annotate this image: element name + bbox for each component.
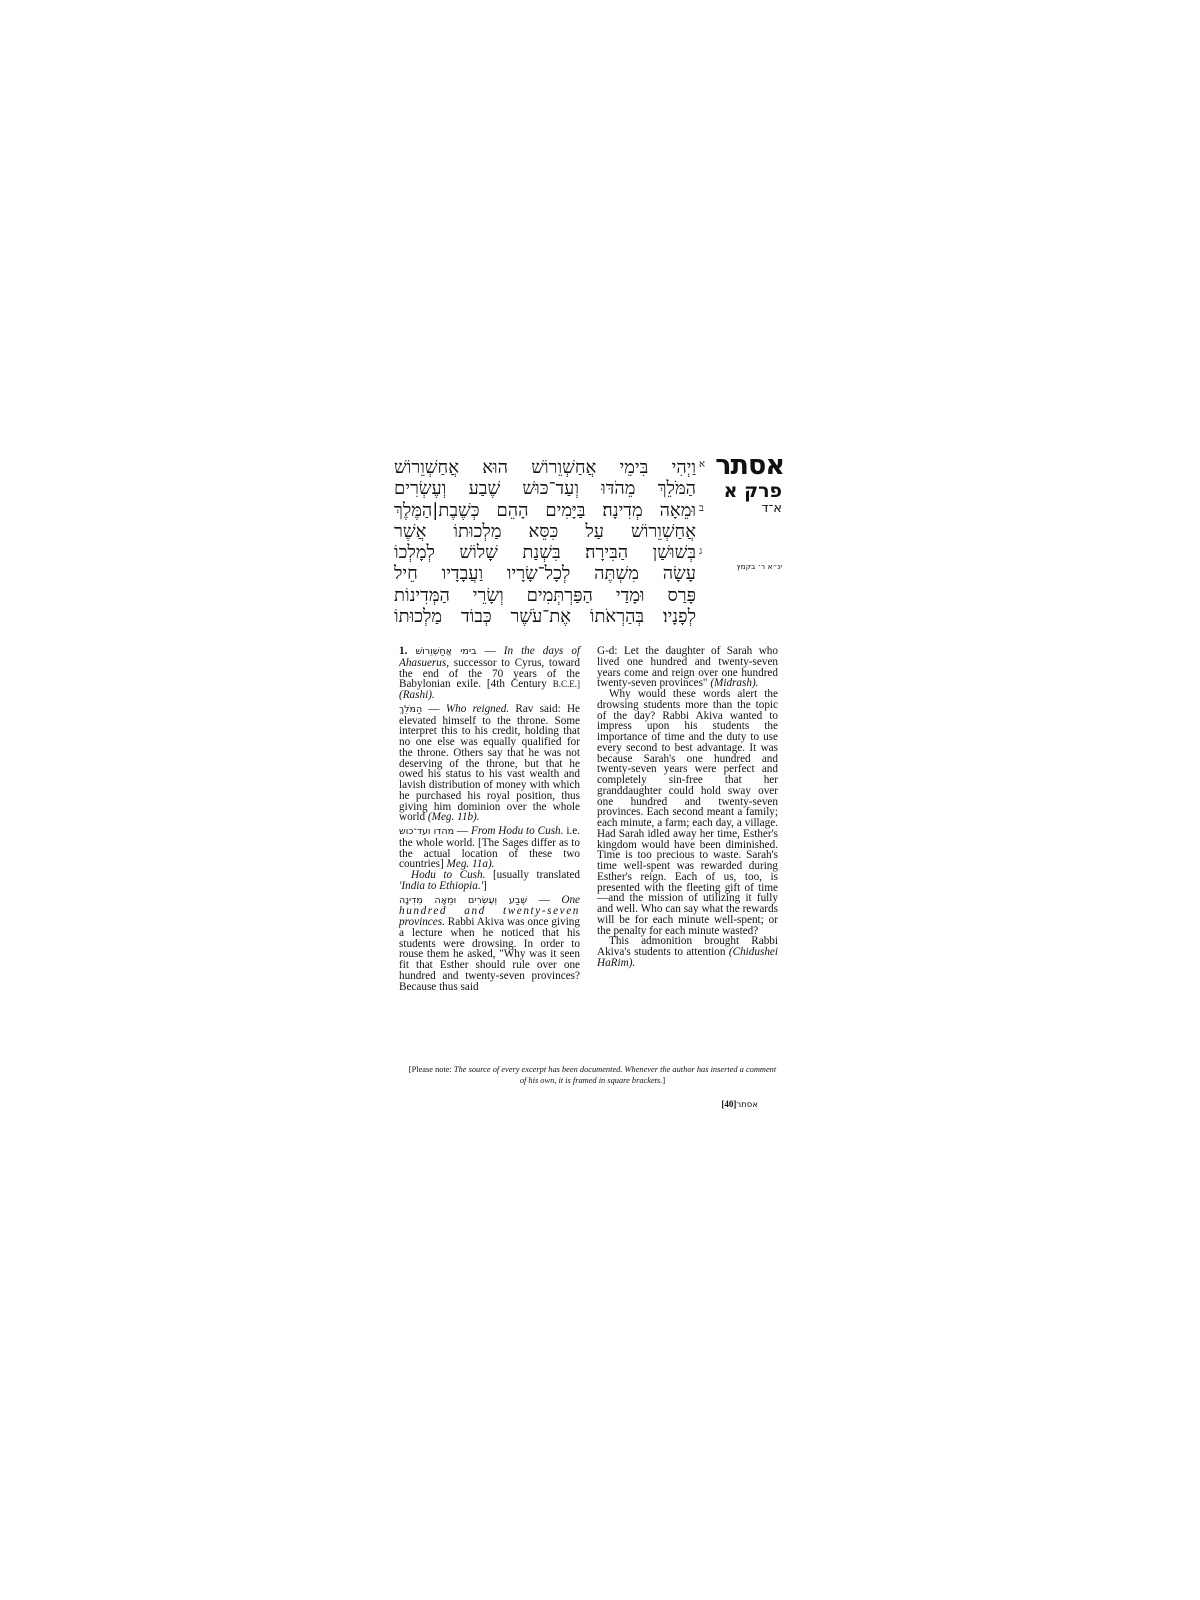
commentary-entry: מהדו ועד־כוש — From Hodu to Cush. i.e. t… [399,826,580,870]
hebrew-line: אֲחַשְׁוֵרוֹשׁ עַל כִּסֵּא מַלְכוּתוֹ אֲ… [394,521,696,542]
hebrew-line: וּמֵאָה מְדִינָה׃ בַּיָּמִים הָהֵם כְּשֶ… [394,500,696,521]
document-page: אסתר פרק א א־ד ינ״א ר׳ בקמץ א ב ג וַיְהִ… [0,0,1200,1600]
hebrew-line: עָשָׂה מִשְׁתֶּה לְכָל־שָׂרָיו וַעֲבָדָי… [394,563,696,584]
lemma-hebrew: שֶׁבַע וְעֶשְׂרִים וּמֵאָה מְדִינָה [399,895,527,906]
commentary-entry: G-d: Let the daughter of Sarah who lived… [597,646,778,689]
dash: — [454,825,471,837]
note-number: 1. [399,645,407,657]
hebrew-line: וַיְהִי בִּימֵי אֲחַשְׁוֵרוֹשׁ הוּא אֲחַ… [394,457,696,478]
commentary-entry: 1. בימי אֲחַשְׁוֵרוֹשׁ — In the days of … [399,646,580,701]
entry-text: Rav said: He elevated himself to the thr… [399,703,580,824]
hebrew-line: הַמֹּלֵךְ מֵהֹדּוּ וְעַד־כּוּשׁ שֶׁבַע ו… [394,478,696,499]
hebrew-line: פָּרַס וּמָדַי הַפַּרְתְּמִים וְשָׂרֵי ה… [394,585,696,606]
source-citation: (Meg. 11b). [428,811,480,823]
commentary-right-column: G-d: Let the daughter of Sarah who lived… [597,646,778,969]
editorial-note: [Please note: The source of every excerp… [405,1064,780,1086]
lemma-hebrew: בימי אֲחַשְׁוֵרוֹשׁ [415,646,476,657]
commentary-entry: הַמֹּלֵךְ — Who reigned. Rav said: He el… [399,704,580,823]
note-suffix: ] [662,1076,665,1085]
page-footer: אסתר[40] [690,1099,770,1110]
commentary-entry: This admonition brought Rabbi Akiva's st… [597,936,778,968]
verse-range: א־ד [708,502,782,516]
era-label: B.C.E.] [553,679,580,689]
verse-marker-2: ב [699,503,704,514]
commentary-left-column: 1. בימי אֲחַשְׁוֵרוֹשׁ — In the days of … [399,646,580,995]
commentary-entry: Hodu to Cush. [usually translated 'India… [399,870,580,892]
note-prefix: [Please note: [409,1065,454,1074]
bracket-close: ] [483,880,487,892]
commentary-entry: Why would these words alert the drowsing… [597,689,778,936]
lemma-translation: One [561,894,580,906]
lemma-translation: From Hodu to Cush. [471,825,563,837]
entry-text: Rabbi Akiva was once giving a lecture wh… [399,916,580,993]
note-body: The source of every excerpt has been doc… [454,1065,776,1085]
chapter-label: פרק א [708,481,782,501]
lemma-hebrew: הַמֹּלֵךְ [399,704,422,715]
translation-note: 'India to Ethiopia.' [399,880,483,892]
lemma-translation: Who reigned. [446,703,509,715]
hebrew-line: בְּשׁוּשַׁן הַבִּירָה׃ בִּשְׁנַת שָׁלוֹש… [394,542,696,563]
dash: — [422,703,446,715]
book-title: אסתר [708,452,784,480]
hebrew-verse-text: וַיְהִי בִּימֵי אֲחַשְׁוֵרוֹשׁ הוּא אֲחַ… [394,457,696,627]
source-citation: (Rashi). [399,689,435,701]
page-number: [40] [721,1099,736,1109]
verse-marker-3: ג [699,546,702,557]
verse-marker-1: א [699,459,705,470]
entry-text: Why would these words alert the drowsing… [597,688,778,937]
running-footer-book: אסתר [736,1100,758,1110]
hebrew-line: לְפָנָיו׃ בְּהַרְאֹתוֹ אֶת־עֹשֶׁר כְּבוֹ… [394,606,696,627]
dash: — [476,645,503,657]
dash: — [527,894,561,906]
lemma-hebrew: מהדו ועד־כוש [399,826,454,837]
masoretic-side-note: ינ״א ר׳ בקמץ [700,562,782,571]
entry-text: [usually translated [485,869,580,881]
commentary-entry: שֶׁבַע וְעֶשְׂרִים וּמֵאָה מְדִינָה — On… [399,895,580,993]
